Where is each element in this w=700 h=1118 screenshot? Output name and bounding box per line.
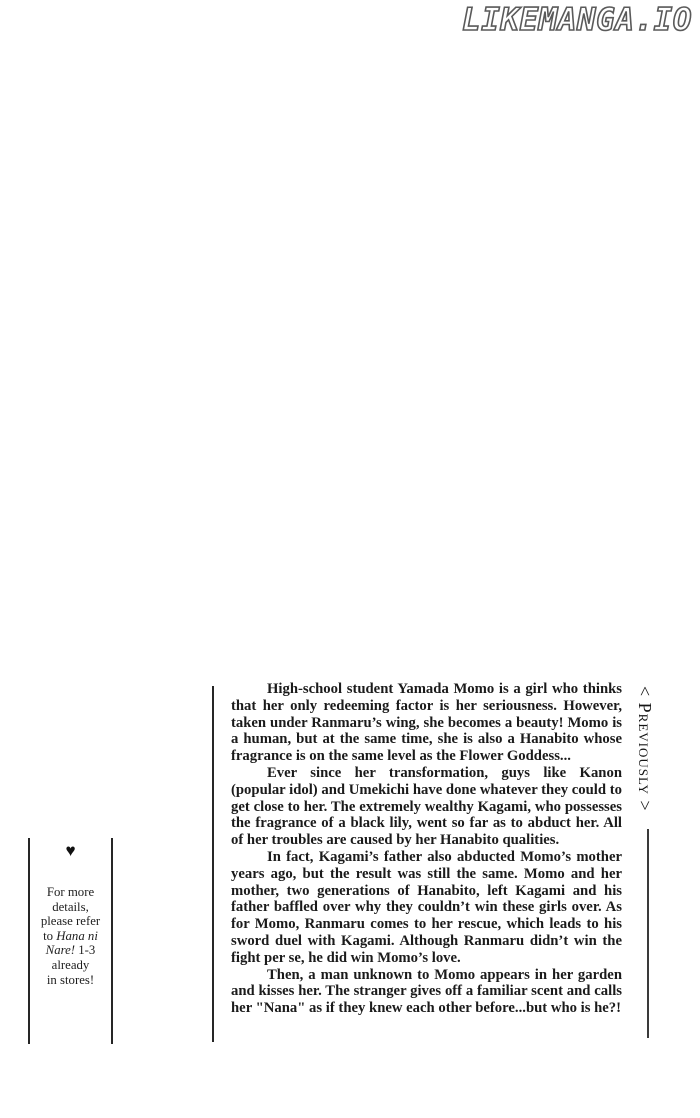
previously-rule — [647, 829, 649, 1038]
note-line: Nare! 1-3 — [30, 943, 111, 958]
recap-paragraph: Ever since her transformation, guys like… — [231, 765, 622, 849]
side-note-text: For moredetails,please referto Hana niNa… — [30, 885, 111, 987]
recap-left-rule — [212, 686, 214, 1042]
recap-paragraph: In fact, Kagami’s father also abducted M… — [231, 849, 622, 967]
note-line: details, — [30, 900, 111, 915]
recap-paragraph: High-school student Yamada Momo is a gir… — [231, 681, 622, 765]
note-line: already — [30, 958, 111, 973]
previously-header: < Previously > — [634, 686, 655, 812]
note-line: in stores! — [30, 973, 111, 988]
site-watermark-logo: LIKEMANGA.IO — [462, 1, 692, 39]
note-line: to Hana ni — [30, 929, 111, 944]
side-note-right-rule — [111, 838, 113, 1044]
note-line: For more — [30, 885, 111, 900]
recap-paragraph: Then, a man unknown to Momo appears in h… — [231, 967, 622, 1017]
heart-icon: ♥ — [30, 842, 111, 859]
manga-recap-page: LIKEMANGA.IO < Previously > High-school … — [0, 0, 700, 1118]
side-note: ♥ For moredetails,please referto Hana ni… — [30, 842, 111, 987]
recap-text-block: High-school student Yamada Momo is a gir… — [231, 681, 622, 1017]
note-line: please refer — [30, 914, 111, 929]
